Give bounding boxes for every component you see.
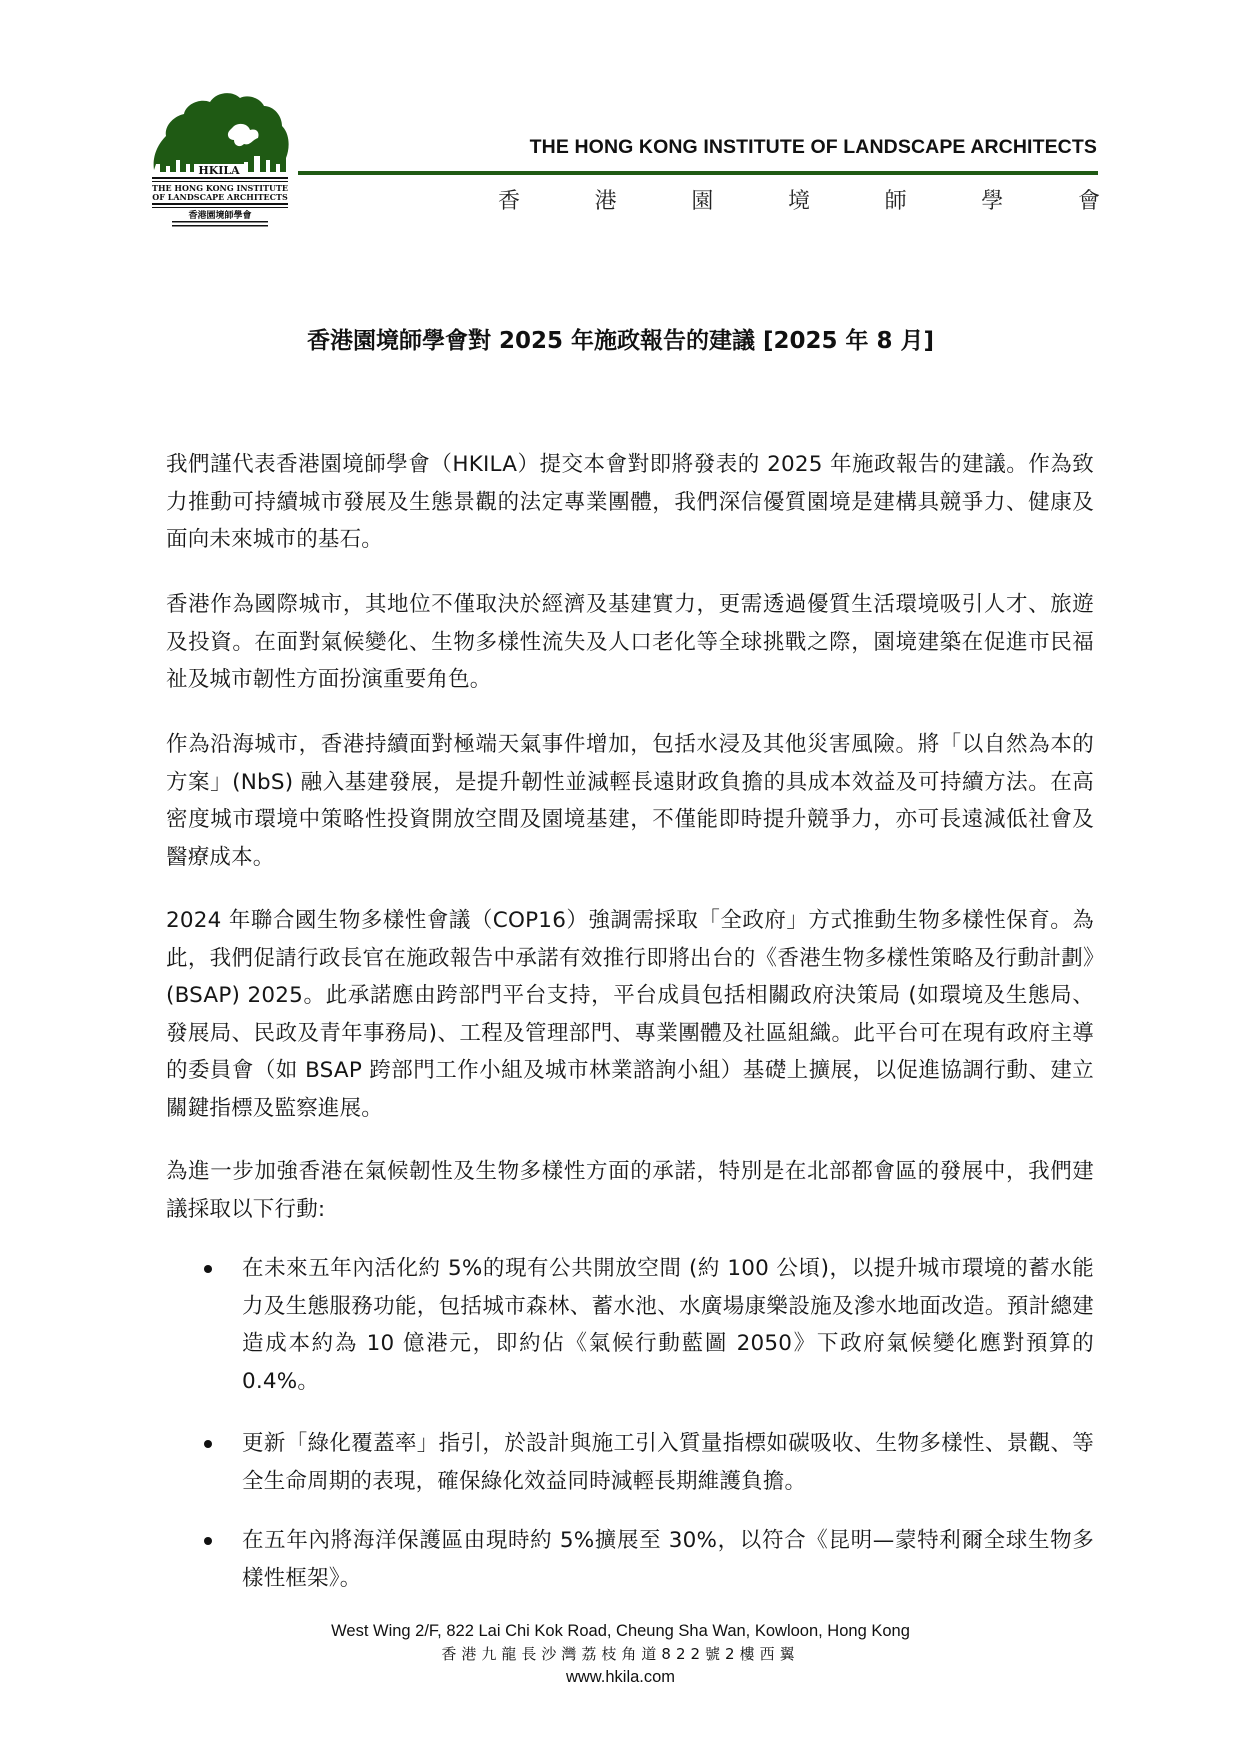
org-name-char: 師 (885, 184, 907, 215)
bullet-icon (204, 1265, 212, 1273)
bullet-text: 在五年內將海洋保護區由現時約 5%擴展至 30%，以符合《昆明—蒙特利爾全球生物… (242, 1528, 1094, 1591)
org-name-char: 香 (498, 184, 520, 215)
org-name-char: 境 (788, 184, 810, 215)
document-title: 香港園境師學會對 2025 年施政報告的建議 [2025 年 8 月] (0, 322, 1241, 355)
org-name-english: THE HONG KONG INSTITUTE OF LANDSCAPE ARC… (500, 136, 1097, 159)
footer-address-english: West Wing 2/F, 822 Lai Chi Kok Road, Che… (0, 1620, 1241, 1643)
org-name-char: 學 (981, 184, 1003, 215)
hkila-logo: HKILA THE HONG KONG INSTITUTE OF LANDSCA… (150, 86, 292, 228)
org-name-chinese: 香 港 園 境 師 學 會 (498, 184, 1100, 215)
svg-text:香港園境師學會: 香港園境師學會 (188, 209, 251, 221)
bullet-icon (204, 1537, 212, 1545)
header-divider (298, 171, 1098, 175)
paragraph-coastal-city: 作為沿海城市，香港持續面對極端天氣事件增加，包括水浸及其他災害風險。將「以自然為… (166, 726, 1094, 876)
bullet-text: 更新「綠化覆蓋率」指引，於設計與施工引入質量指標如碳吸收、生物多樣性、景觀、等全… (242, 1431, 1094, 1494)
svg-text:HKILA: HKILA (198, 164, 240, 177)
paragraph-intro: 我們謹代表香港園境師學會（HKILA）提交本會對即將發表的 2025 年施政報告… (166, 446, 1094, 559)
bullet-icon (204, 1440, 212, 1448)
org-name-char: 會 (1078, 184, 1100, 215)
footer-website-link[interactable]: www.hkila.com (0, 1666, 1241, 1689)
paragraph-international-city: 香港作為國際城市，其地位不僅取決於經濟及基建實力，更需透過優質生活環境吸引人才、… (166, 586, 1094, 699)
org-name-char: 港 (595, 184, 617, 215)
bullet-text: 在未來五年內活化約 5%的現有公共開放空間 (約 100 公頃)，以提升城市環境… (242, 1256, 1094, 1394)
paragraph-cop16: 2024 年聯合國生物多樣性會議（COP16）強調需採取「全政府」方式推動生物多… (166, 902, 1094, 1127)
bullet-item-greening-ratio: 更新「綠化覆蓋率」指引，於設計與施工引入質量指標如碳吸收、生物多樣性、景觀、等全… (242, 1425, 1094, 1500)
paragraph-recommendations-intro: 為進一步加強香港在氣候韌性及生物多樣性方面的承諾，特別是在北部都會區的發展中，我… (166, 1153, 1094, 1228)
bullet-item-open-space: 在未來五年內活化約 5%的現有公共開放空間 (約 100 公頃)，以提升城市環境… (242, 1250, 1094, 1400)
bullet-item-marine-parks: 在五年內將海洋保護區由現時約 5%擴展至 30%，以符合《昆明—蒙特利爾全球生物… (242, 1522, 1094, 1597)
footer-address-chinese: 香港九龍長沙灣荔枝角道822號2樓西翼 (0, 1643, 1241, 1666)
page-footer: West Wing 2/F, 822 Lai Chi Kok Road, Che… (0, 1620, 1241, 1689)
svg-text:OF LANDSCAPE ARCHITECTS: OF LANDSCAPE ARCHITECTS (152, 192, 288, 202)
tree-logo-icon: HKILA THE HONG KONG INSTITUTE OF LANDSCA… (150, 86, 292, 228)
org-name-char: 園 (691, 184, 713, 215)
